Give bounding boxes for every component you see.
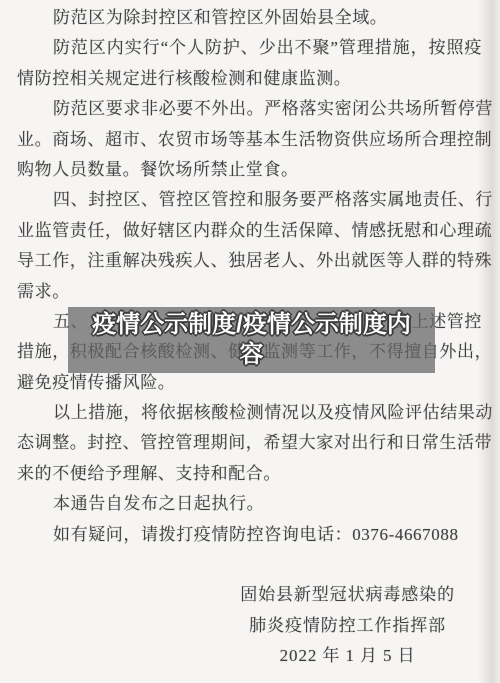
- notice-line: 情防控相关规定进行核酸检测和健康监测。: [17, 64, 482, 94]
- overlay-caption-banner: 疫情公示制度/疫情公示制度内 容: [68, 307, 435, 373]
- overlay-caption-line-2: 容: [240, 340, 264, 370]
- notice-line: 防范区要求非必要不外出。严格落实密闭公共场所暂停营: [17, 94, 482, 124]
- notice-line: 本通告自发布之日起执行。: [17, 489, 482, 519]
- overlay-caption-line-1: 疫情公示制度/疫情公示制度内: [92, 310, 411, 340]
- signature-issuer-line-2: 肺炎疫情防控工作指挥部: [240, 611, 455, 641]
- signature-block: 固始县新型冠状病毒感染的 肺炎疫情防控工作指挥部 2022 年 1 月 5 日: [240, 580, 455, 671]
- blank-line: [17, 550, 482, 580]
- notice-line: 来的不便给予理解、支持和配合。: [17, 459, 482, 489]
- notice-line: 态调整。封控、管控管理期间，希望大家对出行和日常生活带: [17, 428, 482, 458]
- notice-line: 业。商场、超市、农贸市场等基本生活物资供应场所合理控制: [17, 125, 482, 155]
- signature-issuer-line-1: 固始县新型冠状病毒感染的: [240, 580, 455, 610]
- notice-line: 需求。: [17, 277, 482, 307]
- notice-line: 防范区内实行“个人防护、少出不聚”管理措施，按照疫: [17, 33, 482, 63]
- notice-line: 购物人员数量。餐饮场所禁止堂食。: [17, 155, 482, 185]
- notice-line: 导工作，注重解决残疾人、独居老人、外出就医等人群的特殊: [17, 246, 482, 276]
- notice-line: 以上措施，将依据核酸检测情况以及疫情风险评估结果动: [17, 398, 482, 428]
- signature-date: 2022 年 1 月 5 日: [240, 641, 455, 671]
- notice-line: 业监管责任，做好辖区内群众的生活保障、情感抚慰和心理疏: [17, 216, 482, 246]
- notice-line: 四、封控区、管控区管控和服务要严格落实属地责任、行: [17, 185, 482, 215]
- notice-line: 防范区为除封控区和管控区外固始县全域。: [17, 3, 482, 33]
- notice-hotline-line: 如有疑问，请拨打疫情防控咨询电话：0376-4667088: [17, 520, 482, 550]
